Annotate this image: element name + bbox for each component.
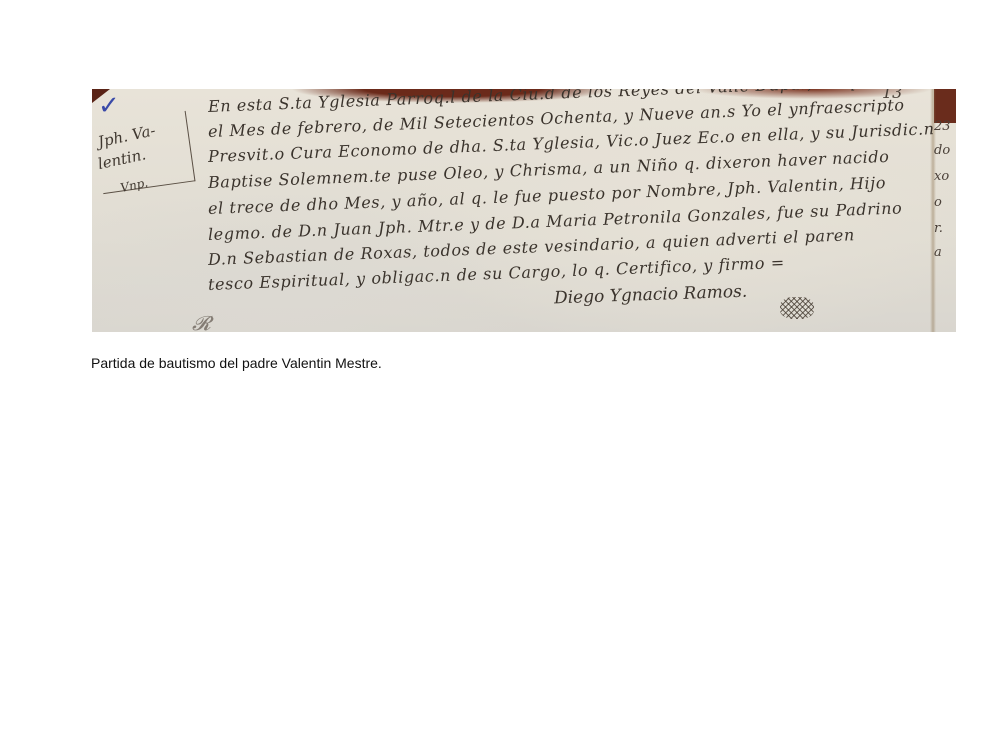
edge-text-fragment: a bbox=[934, 245, 956, 260]
manuscript-image: 13 ✓ Jph. Va- lentin. Vnp. En esta S.ta … bbox=[92, 89, 956, 332]
edge-text-fragment: 23 bbox=[934, 119, 956, 134]
next-entry-fragment: 𝓡 bbox=[192, 311, 211, 332]
edge-text-fragment: do bbox=[934, 143, 956, 158]
page-edge-shadow bbox=[934, 89, 956, 123]
signature: Diego Ygnacio Ramos. bbox=[554, 282, 748, 309]
figure-caption: Partida de bautismo del padre Valentin M… bbox=[91, 355, 382, 371]
rubric-flourish bbox=[780, 297, 814, 319]
edge-text-fragment: xo bbox=[934, 169, 956, 184]
edge-text-fragment: o bbox=[934, 195, 956, 210]
edge-text-fragment: r. bbox=[934, 221, 956, 236]
check-mark-icon: ✓ bbox=[98, 93, 120, 119]
